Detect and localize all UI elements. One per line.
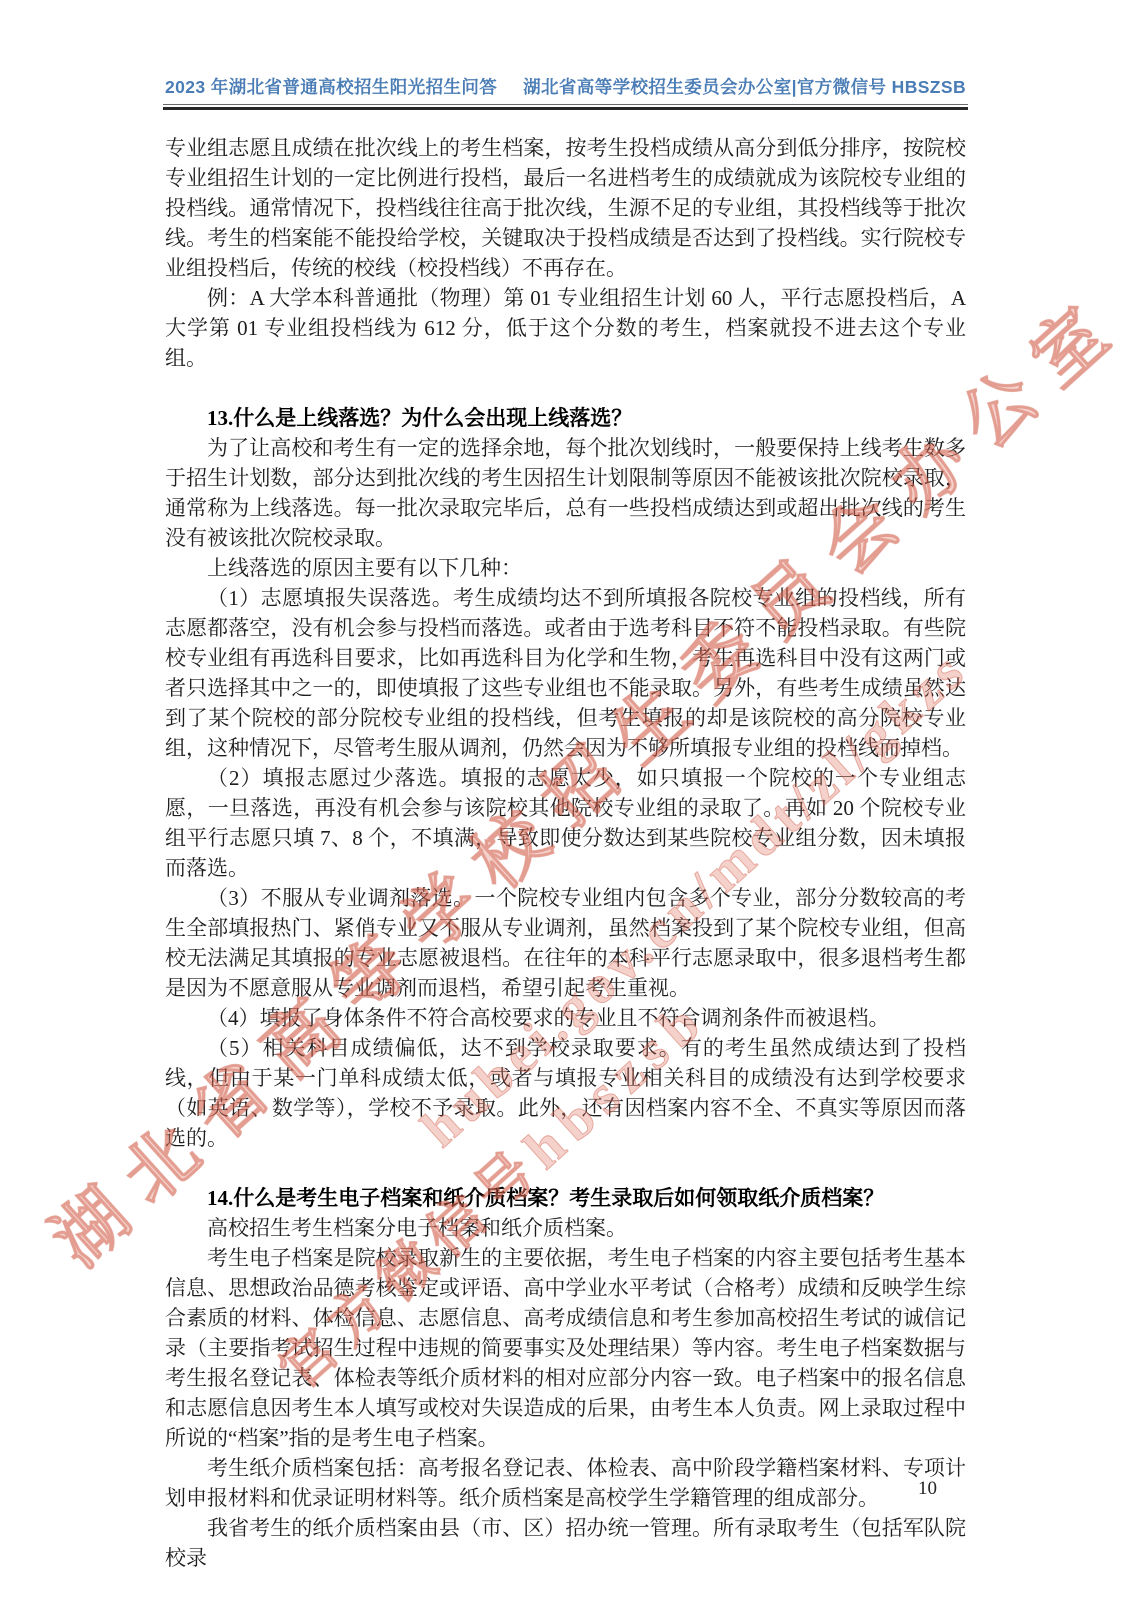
paragraph: （2）填报志愿过少落选。填报的志愿太少，如只填报一个院校的一个专业组志愿，一旦落… (165, 763, 966, 883)
paragraph: 我省考生的纸介质档案由县（市、区）招办统一管理。所有录取考生（包括军队院校录 (165, 1513, 966, 1573)
header-rule (163, 104, 968, 110)
paragraph: 为了让高校和考生有一定的选择余地，每个批次划线时，一般要保持上线考生数多于招生计… (165, 433, 966, 553)
paragraph: 高校招生考生档案分电子档案和纸介质档案。 (165, 1213, 966, 1243)
header-org: 湖北省高等学校招生委员会办公室|官方微信号 HBSZSB (523, 74, 966, 99)
paragraph: 考生纸介质档案包括：高考报名登记表、体检表、高中阶段学籍档案材料、专项计划申报材… (165, 1453, 966, 1513)
paragraph: 考生电子档案是院校录取新生的主要依据，考生电子档案的内容主要包括考生基本信息、思… (165, 1243, 966, 1453)
page: 2023 年湖北省普通高校招生阳光招生问答 湖北省高等学校招生委员会办公室|官方… (0, 0, 1131, 1600)
paragraph: （5）相关科目成绩偏低，达不到学校录取要求。有的考生虽然成绩达到了投档线，但由于… (165, 1033, 966, 1153)
paragraph: 13.什么是上线落选？为什么会出现上线落选？ (165, 403, 966, 433)
document-body: 专业组志愿且成绩在批次线上的考生档案，按考生投档成绩从高分到低分排序，按院校专业… (165, 133, 966, 1573)
paragraph: （3）不服从专业调剂落选。一个院校专业组内包含多个专业，部分分数较高的考生全部填… (165, 883, 966, 1003)
paragraph: 上线落选的原因主要有以下几种： (165, 553, 966, 583)
header-title: 2023 年湖北省普通高校招生阳光招生问答 (165, 74, 497, 99)
paragraph: （1）志愿填报失误落选。考生成绩均达不到所填报各院校专业组的投档线，所有志愿都落… (165, 583, 966, 763)
paragraph: 专业组志愿且成绩在批次线上的考生档案，按考生投档成绩从高分到低分排序，按院校专业… (165, 133, 966, 283)
paragraph: 例：A 大学本科普通批（物理）第 01 专业组招生计划 60 人，平行志愿投档后… (165, 283, 966, 373)
page-number: 10 (918, 1478, 937, 1500)
paragraph: 14.什么是考生电子档案和纸介质档案？考生录取后如何领取纸介质档案？ (165, 1183, 966, 1213)
page-header: 2023 年湖北省普通高校招生阳光招生问答 湖北省高等学校招生委员会办公室|官方… (165, 74, 966, 99)
paragraph: （4）填报了身体条件不符合高校要求的专业且不符合调剂条件而被退档。 (165, 1003, 966, 1033)
